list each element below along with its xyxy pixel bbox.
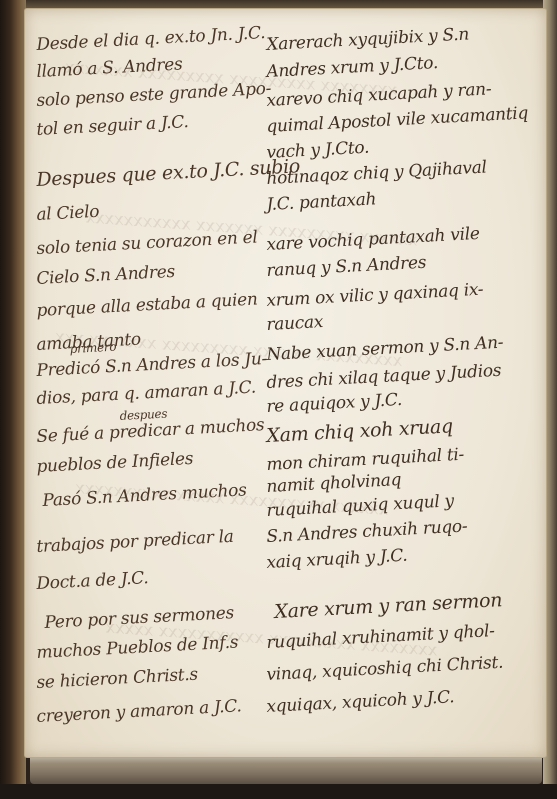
left-line: Despues que ex.to J.C. subio bbox=[36, 155, 301, 191]
right-line: vach y J.Cto. bbox=[266, 138, 370, 163]
left-line: Pero por sus sermones bbox=[44, 603, 234, 633]
manuscript-page: xxxxxxxx xxxxxxxxx xxxxxxxxx xxxxxxx xxx… bbox=[24, 8, 547, 758]
left-line: dios, para q. amaran a J.C. bbox=[36, 378, 256, 409]
left-line: llamó a S. Andres bbox=[36, 54, 183, 82]
right-line: xare vochiq pantaxah vile bbox=[266, 224, 480, 255]
right-line: xaiq xruqih y J.C. bbox=[266, 546, 408, 573]
right-line: dres chi xilaq taque y Judios bbox=[266, 361, 502, 393]
right-line: ruquihal xruhinamit y qhol- bbox=[266, 621, 495, 653]
right-line: vinaq, xquicoshiq chi Christ. bbox=[266, 653, 504, 685]
right-line: Andres xrum y J.Cto. bbox=[266, 53, 439, 82]
left-line: creyeron y amaron a J.C. bbox=[36, 696, 242, 727]
left-line: porque alla estaba a quien bbox=[36, 289, 258, 321]
right-line: namit qholvinaq bbox=[266, 470, 402, 497]
left-line: Pasó S.n Andres muchos bbox=[42, 480, 247, 511]
right-line: mon chiram ruquihal ti- bbox=[266, 445, 465, 475]
left-line: se hicieron Christ.s bbox=[36, 665, 198, 693]
right-line: ranuq y S.n Andres bbox=[266, 253, 427, 281]
left-line: Desde el dia q. ex.to Jn. J.C. bbox=[36, 23, 266, 55]
left-line: muchos Pueblos de Inf.s bbox=[36, 632, 239, 663]
left-line: Doct.a de J.C. bbox=[36, 568, 149, 594]
right-line: J.C. pantaxah bbox=[266, 189, 377, 215]
right-line: S.n Andres chuxih ruqo- bbox=[266, 517, 468, 547]
right-line: Xam chiq xoh xruaq bbox=[266, 415, 454, 447]
right-line: Xarerach xyqujibix y S.n bbox=[266, 24, 470, 55]
bottom-shadow bbox=[0, 784, 557, 799]
right-line: xquiqax, xquicoh y J.C. bbox=[266, 687, 455, 717]
left-line: trabajos por predicar la bbox=[36, 527, 234, 557]
right-line: re aquiqox y J.C. bbox=[266, 390, 403, 417]
right-line: Xare xrum y ran sermon bbox=[274, 589, 503, 623]
left-line: tol en seguir a J.C. bbox=[36, 112, 189, 140]
right-line: raucax bbox=[266, 312, 324, 335]
left-line: al Cielo bbox=[36, 202, 100, 225]
left-line: pueblos de Infieles bbox=[36, 449, 194, 477]
left-line-insertion: primero bbox=[69, 340, 116, 356]
left-line: solo tenia su corazon en el bbox=[36, 227, 258, 259]
right-line: Nabe xuan sermon y S.n An- bbox=[266, 333, 504, 365]
left-line: solo penso este grande Apo- bbox=[36, 79, 272, 111]
right-line: xrum ox vilic y qaxinaq ix- bbox=[266, 280, 484, 311]
right-line: ruquihal quxiq xuqul y bbox=[266, 491, 454, 521]
book-binding-left bbox=[0, 0, 26, 799]
left-line: Cielo S.n Andres bbox=[36, 262, 175, 289]
